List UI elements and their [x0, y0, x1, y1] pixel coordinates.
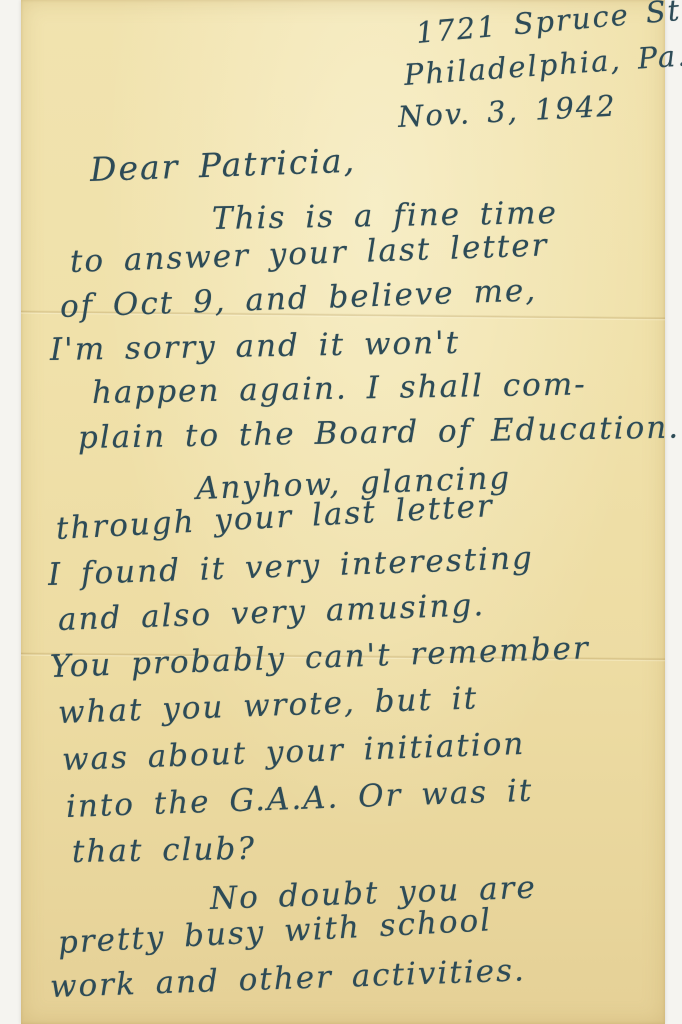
- letter-body-line: that club?: [72, 831, 257, 870]
- scanned-letter: 1721 Spruce St. Philadelphia, Pa. Nov. 3…: [0, 0, 682, 1024]
- letter-body-line: I'm sorry and it won't: [50, 325, 461, 368]
